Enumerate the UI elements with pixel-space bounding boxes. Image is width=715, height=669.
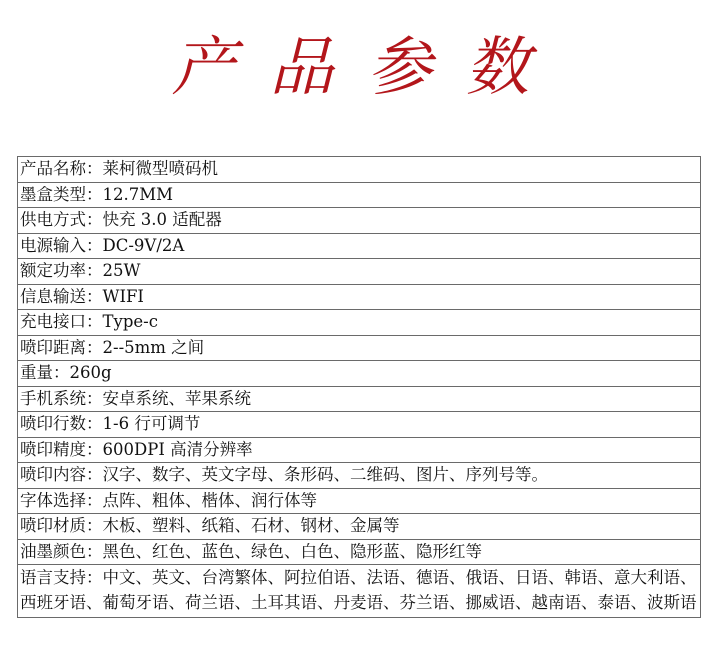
spec-cell: 手机系统：安卓系统、苹果系统 [18,386,701,412]
spec-row-print-precision: 喷印精度：600DPI 高清分辨率 [18,437,701,463]
spec-row-product-name: 产品名称：莱柯微型喷码机 [18,157,701,183]
spec-cell: 墨盒类型：12.7MM [18,182,701,208]
spec-value: 莱柯微型喷码机 [103,159,219,178]
spec-label: 喷印精度： [20,440,103,459]
spec-row-print-material: 喷印材质：木板、塑料、纸箱、石材、钢材、金属等 [18,514,701,540]
spec-row-print-distance: 喷印距离：2--5mm 之间 [18,335,701,361]
spec-value: 点阵、粗体、楷体、润行体等 [103,491,318,510]
spec-value: 12.7MM [103,185,174,204]
spec-value: 260g [70,363,112,382]
spec-value: 快充 3.0 适配器 [103,210,222,229]
spec-label: 油墨颜色： [20,542,103,561]
spec-cell: 喷印行数：1-6 行可调节 [18,412,701,438]
spec-table: 产品名称：莱柯微型喷码机 墨盒类型：12.7MM 供电方式：快充 3.0 适配器… [17,156,701,618]
spec-label: 信息输送： [20,287,103,306]
spec-value: 木板、塑料、纸箱、石材、钢材、金属等 [103,516,400,535]
spec-label: 电源输入： [20,236,103,255]
spec-row-power-supply: 供电方式：快充 3.0 适配器 [18,208,701,234]
spec-cell: 喷印精度：600DPI 高清分辨率 [18,437,701,463]
spec-row-rated-power: 额定功率：25W [18,259,701,285]
spec-row-power-input: 电源输入：DC-9V/2A [18,233,701,259]
spec-cell: 充电接口：Type-c [18,310,701,336]
spec-row-data-transfer: 信息输送：WIFI [18,284,701,310]
spec-cell: 喷印内容：汉字、数字、英文字母、条形码、二维码、图片、序列号等。 [18,463,701,489]
spec-cell: 重量：260g [18,361,701,387]
spec-value: 1-6 行可调节 [103,414,201,433]
spec-label: 供电方式： [20,210,103,229]
spec-cell: 信息输送：WIFI [18,284,701,310]
spec-label: 喷印内容： [20,465,103,484]
spec-row-ink-color: 油墨颜色：黑色、红色、蓝色、绿色、白色、隐形蓝、隐形红等 [18,539,701,565]
spec-row-phone-system: 手机系统：安卓系统、苹果系统 [18,386,701,412]
spec-value: 25W [103,261,141,280]
spec-cell: 语言支持：中文、英文、台湾繁体、阿拉伯语、法语、德语、俄语、日语、韩语、意大利语… [18,565,701,618]
spec-row-language-support: 语言支持：中文、英文、台湾繁体、阿拉伯语、法语、德语、俄语、日语、韩语、意大利语… [18,565,701,618]
spec-cell: 油墨颜色：黑色、红色、蓝色、绿色、白色、隐形蓝、隐形红等 [18,539,701,565]
spec-cell: 字体选择：点阵、粗体、楷体、润行体等 [18,488,701,514]
spec-value: 黑色、红色、蓝色、绿色、白色、隐形蓝、隐形红等 [103,542,483,561]
spec-label: 产品名称： [20,159,103,178]
spec-value: 600DPI 高清分辨率 [103,440,253,459]
spec-row-font-selection: 字体选择：点阵、粗体、楷体、润行体等 [18,488,701,514]
spec-value: WIFI [103,287,144,306]
spec-cell: 电源输入：DC-9V/2A [18,233,701,259]
spec-label: 重量： [20,363,70,382]
spec-value: 2--5mm 之间 [103,338,205,357]
spec-cell: 产品名称：莱柯微型喷码机 [18,157,701,183]
spec-row-cartridge-type: 墨盒类型：12.7MM [18,182,701,208]
spec-label: 喷印距离： [20,338,103,357]
spec-value: 中文、英文、台湾繁体、阿拉伯语、法语、德语、俄语、日语、韩语、意大利语、西班牙语… [20,568,697,612]
spec-value: Type-c [103,312,158,331]
spec-value: DC-9V/2A [103,236,185,255]
spec-cell: 额定功率：25W [18,259,701,285]
spec-row-print-lines: 喷印行数：1-6 行可调节 [18,412,701,438]
spec-row-print-content: 喷印内容：汉字、数字、英文字母、条形码、二维码、图片、序列号等。 [18,463,701,489]
spec-label: 语言支持： [20,568,103,587]
spec-label: 墨盒类型： [20,185,103,204]
spec-label: 额定功率： [20,261,103,280]
spec-label: 字体选择： [20,491,103,510]
page-title: 产品参数 [0,28,715,108]
spec-cell: 喷印材质：木板、塑料、纸箱、石材、钢材、金属等 [18,514,701,540]
spec-label: 充电接口： [20,312,103,331]
spec-row-weight: 重量：260g [18,361,701,387]
spec-label: 喷印材质： [20,516,103,535]
spec-value: 汉字、数字、英文字母、条形码、二维码、图片、序列号等。 [103,465,549,484]
spec-cell: 供电方式：快充 3.0 适配器 [18,208,701,234]
spec-cell: 喷印距离：2--5mm 之间 [18,335,701,361]
spec-label: 喷印行数： [20,414,103,433]
spec-label: 手机系统： [20,389,103,408]
spec-value: 安卓系统、苹果系统 [103,389,252,408]
spec-row-charging-port: 充电接口：Type-c [18,310,701,336]
